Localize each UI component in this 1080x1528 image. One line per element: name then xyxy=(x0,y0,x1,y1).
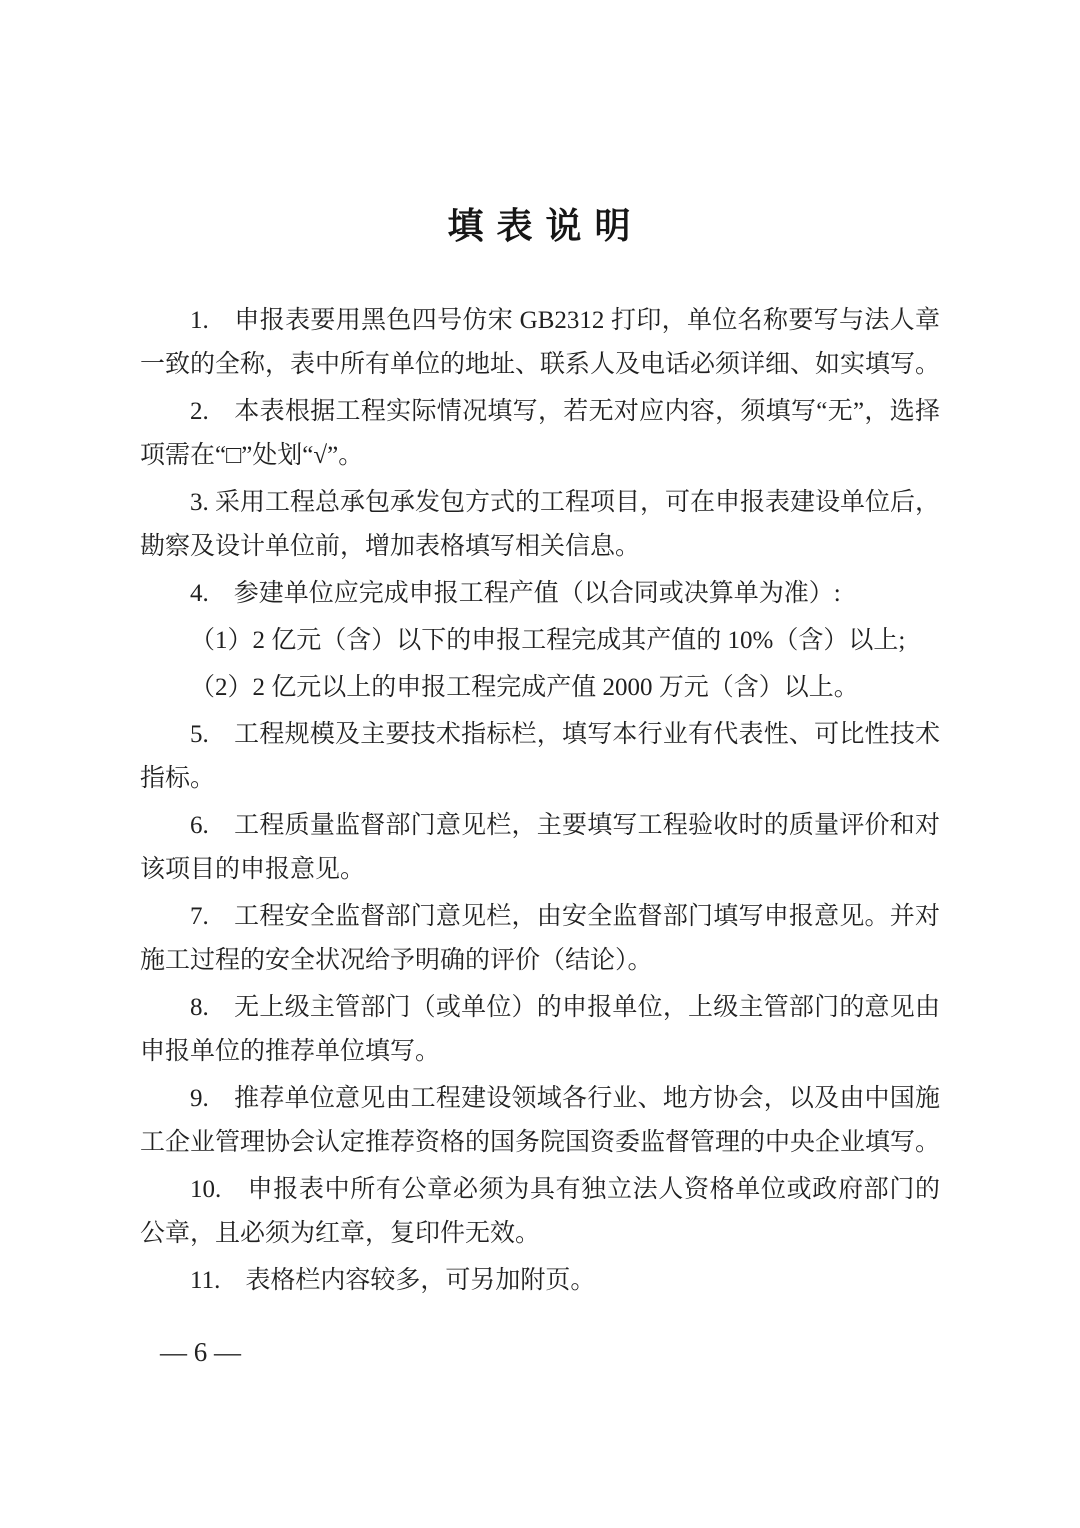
document-title: 填 表 说 明 xyxy=(0,198,1080,249)
instruction-item-8: 8. 无上级主管部门（或单位）的申报单位，上级主管部门的意见由申报单位的推荐单位… xyxy=(140,986,940,1074)
instruction-item-9: 9. 推荐单位意见由工程建设领域各行业、地方协会，以及由中国施工企业管理协会认定… xyxy=(140,1077,940,1165)
instruction-item-7: 7. 工程安全监督部门意见栏，由安全监督部门填写申报意见。并对施工过程的安全状况… xyxy=(140,895,940,983)
instruction-subitem-4-1: （1）2 亿元（含）以下的申报工程完成其产值的 10%（含）以上; xyxy=(140,619,940,663)
instruction-subitem-4-2: （2）2 亿元以上的申报工程完成产值 2000 万元（含）以上。 xyxy=(140,666,940,710)
instructions-list: 1. 申报表要用黑色四号仿宋 GB2312 打印，单位名称要写与法人章一致的全称… xyxy=(140,299,940,1306)
instruction-item-3: 3. 采用工程总承包承发包方式的工程项目，可在申报表建设单位后，勘察及设计单位前… xyxy=(140,481,940,569)
page-number: — 6 — xyxy=(160,1337,241,1368)
document-page: 填 表 说 明 1. 申报表要用黑色四号仿宋 GB2312 打印，单位名称要写与… xyxy=(0,0,1080,1528)
instruction-item-5: 5. 工程规模及主要技术指标栏，填写本行业有代表性、可比性技术指标。 xyxy=(140,713,940,801)
instruction-item-11: 11. 表格栏内容较多，可另加附页。 xyxy=(140,1259,940,1303)
instruction-item-10: 10. 申报表中所有公章必须为具有独立法人资格单位或政府部门的公章，且必须为红章… xyxy=(140,1168,940,1256)
instruction-item-4: 4. 参建单位应完成申报工程产值（以合同或决算单为准）: xyxy=(140,572,940,616)
instruction-item-2: 2. 本表根据工程实际情况填写，若无对应内容，须填写“无”，选择项需在“□”处划… xyxy=(140,390,940,478)
instruction-item-1: 1. 申报表要用黑色四号仿宋 GB2312 打印，单位名称要写与法人章一致的全称… xyxy=(140,299,940,387)
instruction-item-6: 6. 工程质量监督部门意见栏，主要填写工程验收时的质量评价和对该项目的申报意见。 xyxy=(140,804,940,892)
